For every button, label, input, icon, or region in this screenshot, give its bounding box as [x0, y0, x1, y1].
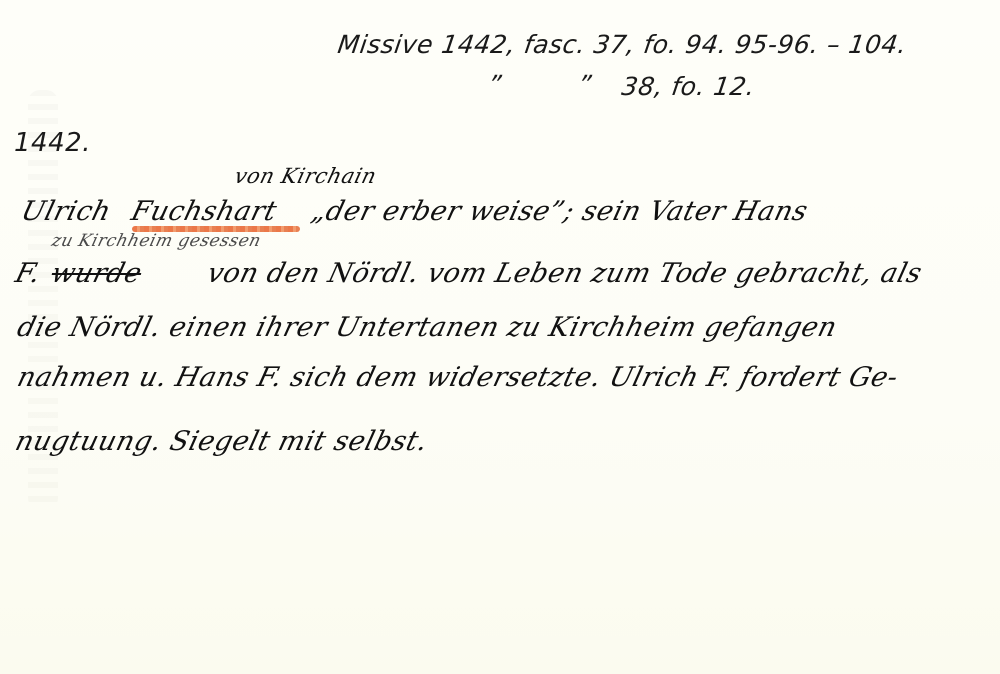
- body-line-1-firstname: Ulrich: [18, 196, 114, 227]
- body-line-2-rest: von den Nördl. vom Leben zum Tode gebrac…: [204, 258, 925, 289]
- ditto-mark-2: ”: [576, 70, 594, 99]
- year-heading: 1442.: [14, 128, 91, 158]
- archive-reference-line-1: Missive 1442, fasc. 37, fo. 94. 95-96. –…: [336, 30, 909, 59]
- body-line-1-rest: „der erber weise”; sein Vater Hans: [308, 196, 811, 227]
- interlinear-insert-zu-kirchheim: zu Kirchheim gesessen: [50, 231, 264, 251]
- body-line-4: nahmen u. Hans F. sich dem widersetzte. …: [14, 362, 901, 393]
- ditto-mark-1: ”: [486, 70, 504, 99]
- archive-reference-line-2: 38, fo. 12.: [620, 72, 757, 101]
- interlinear-insert-von-kirchain: von Kirchain: [232, 164, 379, 188]
- body-line-5: nugtuung. Siegelt mit selbst.: [12, 426, 431, 457]
- body-line-2-struck-word: wurde: [48, 258, 145, 289]
- body-line-1-surname: Fuchshart: [128, 196, 280, 227]
- body-line-3: die Nördl. einen ihrer Untertanen zu Kir…: [14, 312, 840, 343]
- index-card: Missive 1442, fasc. 37, fo. 94. 95-96. –…: [0, 0, 1000, 674]
